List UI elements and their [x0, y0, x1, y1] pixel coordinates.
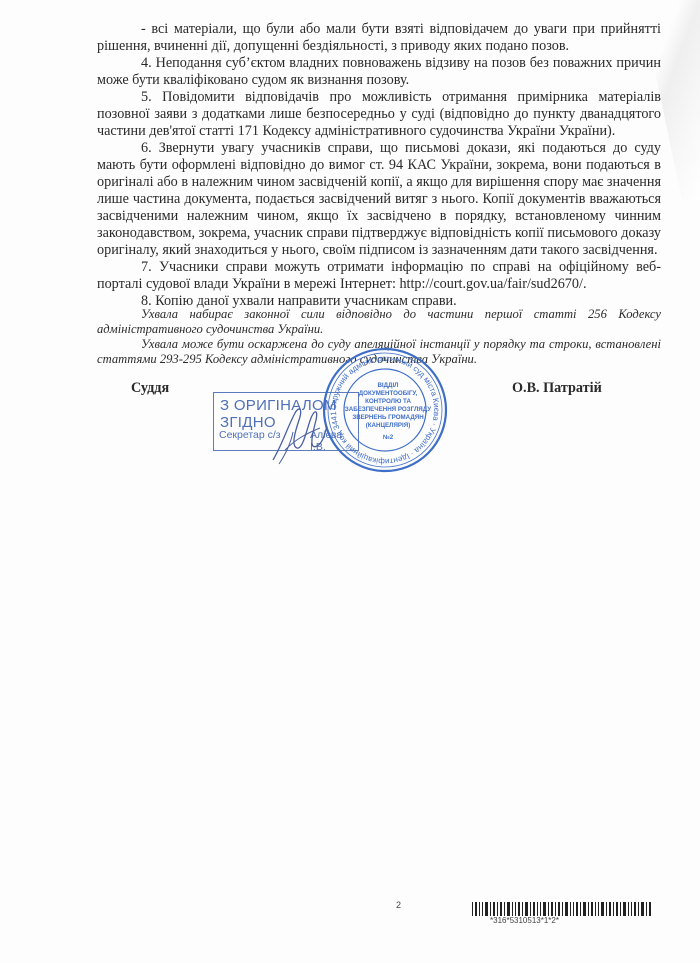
svg-text:ВІДДІЛ: ВІДДІЛ — [377, 382, 398, 389]
svg-text:ЗВЕРНЕНЬ ГРОМАДЯН: ЗВЕРНЕНЬ ГРОМАДЯН — [352, 414, 424, 421]
paragraph-4: 4. Неподання суб’єктом владних повноваже… — [97, 55, 661, 89]
paragraph-materials: - всі матеріали, що були або мали бути в… — [97, 21, 661, 55]
note-effective: Ухвала набирає законної сили відповідно … — [97, 307, 661, 337]
svg-text:ДОКУМЕНТООБІГУ,: ДОКУМЕНТООБІГУ, — [359, 390, 418, 397]
svg-text:(КАНЦЕЛЯРІЯ): (КАНЦЕЛЯРІЯ) — [366, 422, 411, 429]
svg-text:№2: №2 — [383, 434, 394, 441]
svg-text:ЗАБЕЗПЕЧЕННЯ РОЗГЛЯДУ: ЗАБЕЗПЕЧЕННЯ РОЗГЛЯДУ — [345, 406, 431, 413]
paragraph-7: 7. Учасники справи можуть отримати інфор… — [97, 259, 661, 293]
judge-label: Суддя — [131, 380, 169, 397]
document-page: - всі матеріали, що були або мали бути в… — [0, 0, 700, 963]
handwritten-signature-icon — [265, 388, 335, 468]
svg-text:КОНТРОЛЮ ТА: КОНТРОЛЮ ТА — [365, 398, 411, 405]
round-seal-icon: Окружний адміністративний суд міста Києв… — [322, 347, 448, 473]
paragraph-5: 5. Повідомити відповідачів про можливіст… — [97, 89, 661, 140]
page-number: 2 — [396, 900, 401, 910]
barcode-text: *316*5310513*1*2* — [490, 916, 559, 925]
judge-name: О.В. Патратій — [512, 380, 602, 397]
body-text: - всі матеріали, що були або мали бути в… — [97, 21, 661, 310]
barcode-icon — [472, 902, 652, 916]
paragraph-6: 6. Звернути увагу учасників справи, що п… — [97, 140, 661, 259]
